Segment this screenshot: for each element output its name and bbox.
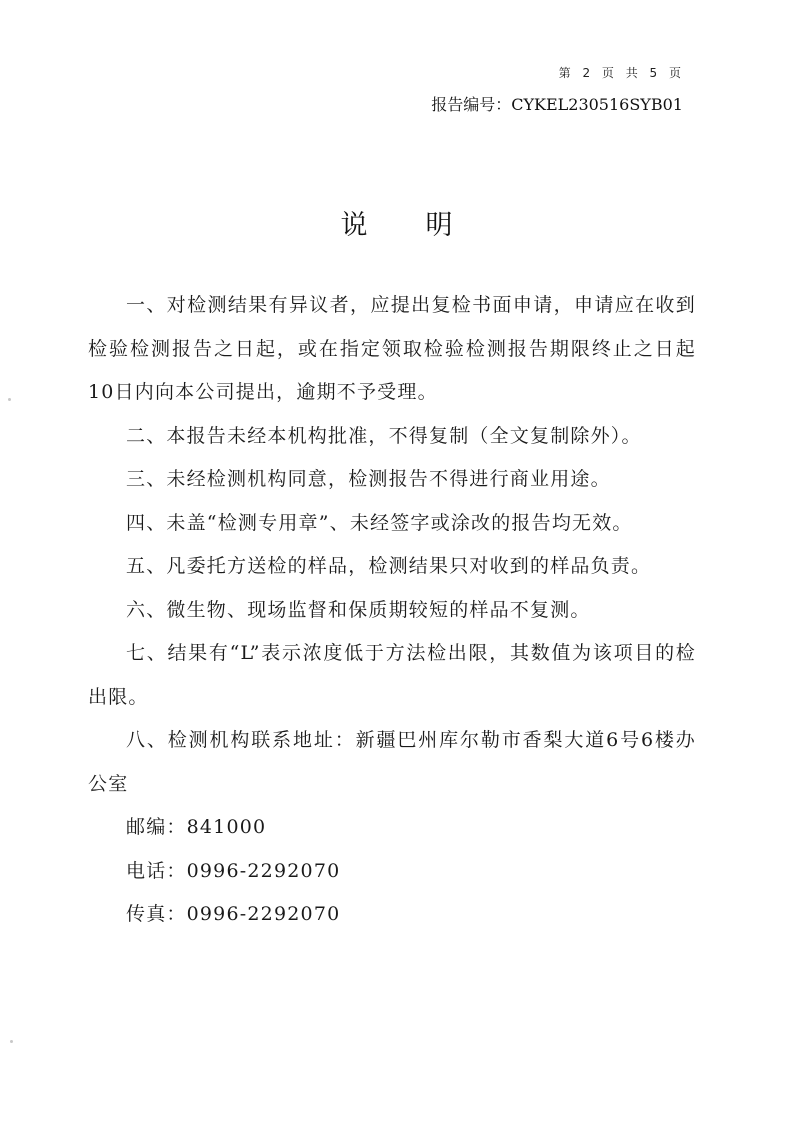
note-item-5: 五、凡委托方送检的样品，检测结果只对收到的样品负责。 <box>88 545 696 589</box>
contact-phone: 电话：0996-2292070 <box>88 850 696 894</box>
scan-speck <box>10 1040 13 1043</box>
document-title: 说明 <box>0 203 793 242</box>
note-item-1: 一、对检测结果有异议者，应提出复检书面申请，申请应在收到检验检测报告之日起，或在… <box>88 284 696 415</box>
report-number: 报告编号：CYKEL230516SYB01 <box>431 92 683 115</box>
contact-fax: 传真：0996-2292070 <box>88 893 696 937</box>
note-item-4: 四、未盖“检测专用章”、未经签字或涂改的报告均无效。 <box>88 502 696 546</box>
note-item-2: 二、本报告未经本机构批准，不得复制（全文复制除外）。 <box>88 415 696 459</box>
note-item-8-address: 八、检测机构联系地址：新疆巴州库尔勒市香梨大道6号6楼办公室 <box>88 719 696 806</box>
note-item-7: 七、结果有“L”表示浓度低于方法检出限，其数值为该项目的检出限。 <box>88 632 696 719</box>
scan-speck <box>8 398 11 401</box>
contact-postcode: 邮编：841000 <box>88 806 696 850</box>
note-item-6: 六、微生物、现场监督和保质期较短的样品不复测。 <box>88 589 696 633</box>
notes-body: 一、对检测结果有异议者，应提出复检书面申请，申请应在收到检验检测报告之日起，或在… <box>88 284 696 937</box>
page-counter: 第 2 页 共 5 页 <box>559 64 685 81</box>
note-item-3: 三、未经检测机构同意，检测报告不得进行商业用途。 <box>88 458 696 502</box>
